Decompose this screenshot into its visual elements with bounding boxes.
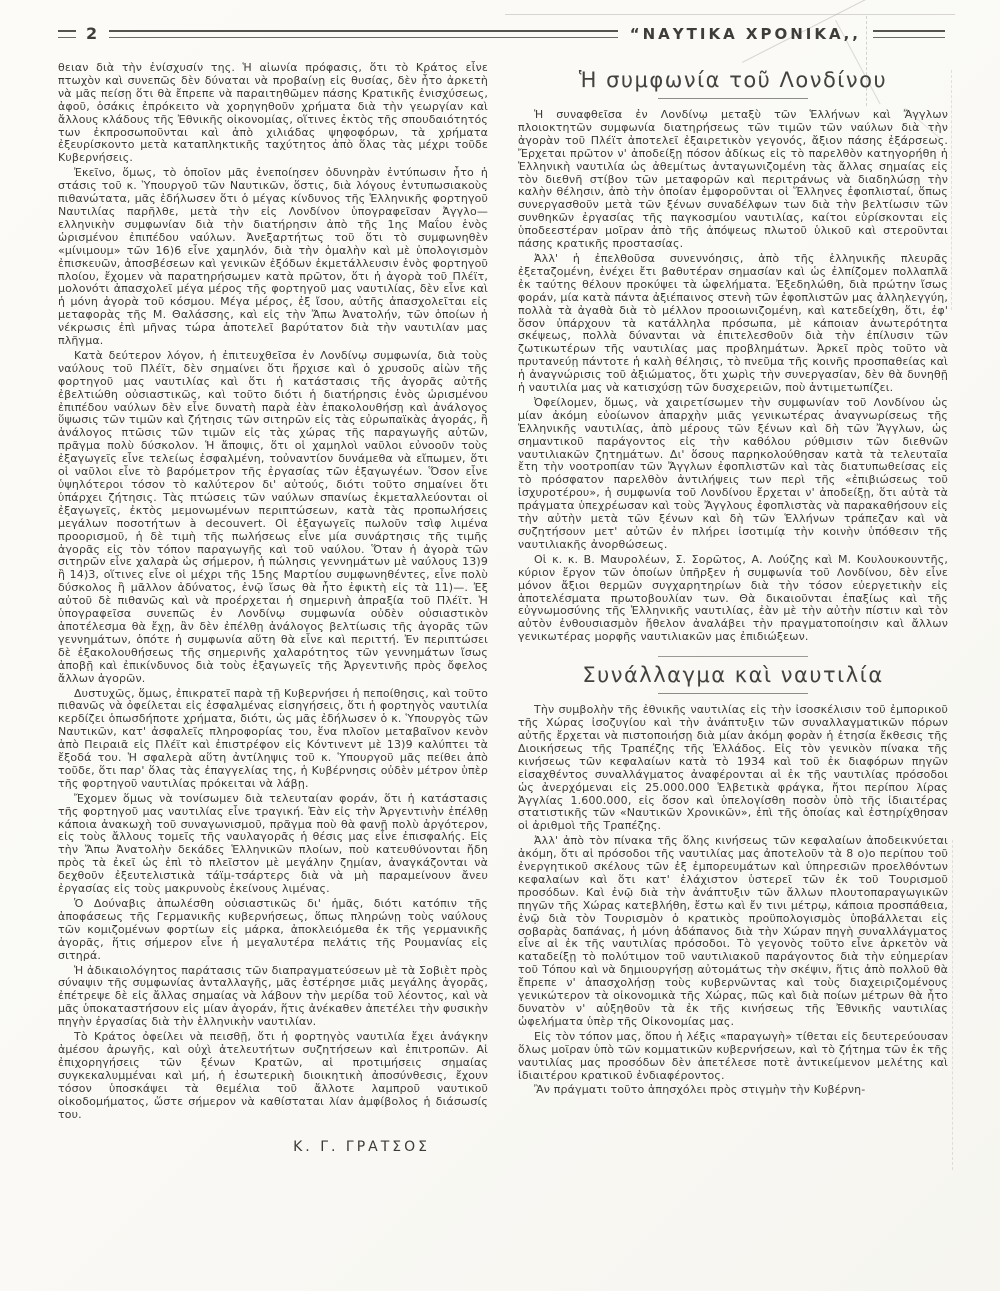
header-rule-left xyxy=(58,30,76,38)
title-underline-rule xyxy=(658,693,808,694)
article-separator-rule xyxy=(658,656,808,657)
article-title-exchange-shipping: Συνάλλαγμα καὶ ναυτιλία xyxy=(518,663,948,687)
left-col-paragraph-1: θειαν διὰ τὴν ἐνίσχυσίν της. Ἡ αἰωνία πρ… xyxy=(58,62,488,165)
left-col-paragraph-2: Ἐκεῖνο, ὅμως, τὸ ὁποῖον μᾶς ἐνεποίησεν ὀ… xyxy=(58,167,488,348)
left-col-paragraph-6: Ὁ Δούναβις ἀπωλέσθη οὐσιαστικῶς δι' ἡμᾶς… xyxy=(58,898,488,963)
scan-artifact-fold xyxy=(952,840,954,1170)
article1-paragraph-4: Οἱ κ. κ. Β. Μαυρολέων, Σ. Σορῶτος, Α. Λο… xyxy=(518,554,948,644)
masthead-title: “ΝΑΥΤΙΚΑ ΧΡΟΝΙΚΑ,, xyxy=(630,27,861,42)
header-rule-right xyxy=(873,30,945,38)
left-col-paragraph-8: Τὸ Κράτος ὀφείλει νὰ πεισθῇ, ὅτι ἡ φορτη… xyxy=(58,1031,488,1121)
article1-paragraph-1: Ἡ συναφθεῖσα ἐν Λονδίνῳ μεταξὺ τῶν Ἑλλήν… xyxy=(518,109,948,251)
article1-paragraph-3: Ὀφείλομεν, ὅμως, νὰ χαιρετίσωμεν τὴν συμ… xyxy=(518,397,948,552)
author-signature: Κ. Γ. ΓΡΑΤΣΟΣ xyxy=(58,1139,488,1155)
article-london-agreement: Ἡ συμφωνία τοῦ Λονδίνου Ἡ συναφθεῖσα ἐν … xyxy=(518,68,948,644)
title-underline-rule xyxy=(658,98,808,99)
magazine-page: 2 “ΝΑΥΤΙΚΑ ΧΡΟΝΙΚΑ,, θειαν διὰ τὴν ἐνίσχ… xyxy=(0,0,1000,1291)
article2-paragraph-1: Τὴν συμβολὴν τῆς ἐθνικῆς ναυτιλίας εἰς τ… xyxy=(518,704,948,833)
article2-paragraph-3: Εἰς τὸν τόπον μας, ὅπου ἡ λέξις «παραγωγ… xyxy=(518,1031,948,1083)
scan-artifact-fold xyxy=(951,70,953,310)
page-body: θειαν διὰ τὴν ἐνίσχυσίν της. Ἡ αἰωνία πρ… xyxy=(58,62,948,1291)
article2-paragraph-2: Ἀλλ' ἀπὸ τὸν πίνακα τῆς ὅλης κινήσεως τῶ… xyxy=(518,835,948,1029)
page-header: 2 “ΝΑΥΤΙΚΑ ΧΡΟΝΙΚΑ,, xyxy=(58,26,945,42)
header-rule-middle xyxy=(109,30,618,38)
right-column: Ἡ συμφωνία τοῦ Λονδίνου Ἡ συναφθεῖσα ἐν … xyxy=(518,62,948,1291)
article2-paragraph-4: Ἂν πράγματι τοῦτο ἀπησχόλει πρὸς στιγμὴν… xyxy=(518,1084,948,1097)
left-col-paragraph-7: Ἡ ἀδικαιολόγητος παράτασις τῶν διαπραγμα… xyxy=(58,965,488,1030)
scan-artifact-topline xyxy=(505,14,955,15)
left-column: θειαν διὰ τὴν ἐνίσχυσίν της. Ἡ αἰωνία πρ… xyxy=(58,62,488,1291)
article-title-london-agreement: Ἡ συμφωνία τοῦ Λονδίνου xyxy=(518,68,948,92)
page-number: 2 xyxy=(86,26,97,42)
article-exchange-shipping: Συνάλλαγμα καὶ ναυτιλία Τὴν συμβολὴν τῆς… xyxy=(518,656,948,1097)
left-col-paragraph-4: Δυστυχῶς, ὅμως, ἐπικρατεῖ παρὰ τῇ Κυβερν… xyxy=(58,688,488,791)
left-col-paragraph-3: Κατὰ δεύτερον λόγον, ἡ ἐπιτευχθεῖσα ἐν Λ… xyxy=(58,350,488,686)
left-col-paragraph-5: Ἔχομεν ὅμως νὰ τονίσωμεν διὰ τελευταίαν … xyxy=(58,793,488,896)
article1-paragraph-2: Ἀλλ' ἡ ἐπελθοῦσα συνεννόησις, ἀπὸ τῆς ἑλ… xyxy=(518,253,948,395)
